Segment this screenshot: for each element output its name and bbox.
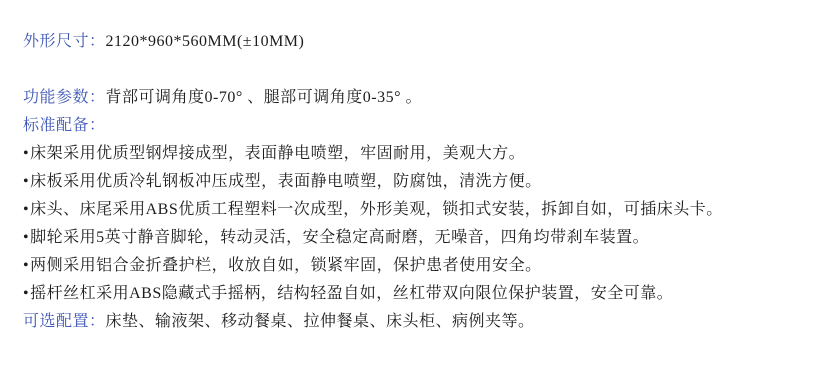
functions-value: 背部可调角度0-70° 、腿部可调角度0-35° 。 (106, 89, 422, 106)
bullet-marker: • (23, 229, 29, 246)
standard-item-text: 床板采用优质冷轧钢板冲压成型，表面静电喷塑，防腐蚀，清洗方便。 (30, 173, 542, 190)
standard-item-headboard: •床头、床尾采用ABS优质工程塑料一次成型，外形美观，锁扣式安装，拆卸自如，可插… (23, 196, 830, 224)
bullet-marker: • (23, 257, 29, 274)
standard-item-text: 两侧采用铝合金折叠护栏，收放自如，锁紧牢固，保护患者使用安全。 (30, 257, 542, 274)
dimensions-value: 2120*960*560MM(±10MM) (106, 33, 305, 50)
functions-label: 功能参数： (23, 89, 106, 106)
standard-item-text: 床头、床尾采用ABS优质工程塑料一次成型，外形美观，锁扣式安装，拆卸自如，可插床… (30, 201, 723, 218)
product-spec-document: 外形尺寸：2120*960*560MM(±10MM) 功能参数：背部可调角度0-… (0, 0, 838, 336)
bullet-marker: • (23, 285, 29, 302)
standard-item-bedboard: •床板采用优质冷轧钢板冲压成型，表面静电喷塑，防腐蚀，清洗方便。 (23, 168, 830, 196)
optional-config-value: 床垫、输液架、移动餐桌、拉伸餐桌、床头柜、病例夹等。 (106, 313, 535, 330)
standard-item-text: 脚轮采用5英寸静音脚轮，转动灵活，安全稳定高耐磨，无噪音，四角均带刹车装置。 (30, 229, 649, 246)
dimensions-label: 外形尺寸： (23, 33, 106, 50)
blank-line (23, 56, 830, 84)
standard-config-heading: 标准配备： (23, 112, 830, 140)
dimensions-line: 外形尺寸：2120*960*560MM(±10MM) (23, 28, 830, 56)
bullet-marker: • (23, 173, 29, 190)
bullet-marker: • (23, 201, 29, 218)
standard-item-siderails: •两侧采用铝合金折叠护栏，收放自如，锁紧牢固，保护患者使用安全。 (23, 252, 830, 280)
standard-item-text: 摇杆丝杠采用ABS隐藏式手摇柄，结构轻盈自如，丝杠带双向限位保护装置，安全可靠。 (30, 285, 673, 302)
standard-item-text: 床架采用优质型钢焊接成型，表面静电喷塑，牢固耐用，美观大方。 (30, 145, 525, 162)
optional-config-label: 可选配置： (23, 313, 106, 330)
functions-line: 功能参数：背部可调角度0-70° 、腿部可调角度0-35° 。 (23, 84, 830, 112)
optional-config-line: 可选配置：床垫、输液架、移动餐桌、拉伸餐桌、床头柜、病例夹等。 (23, 308, 830, 336)
standard-item-frame: •床架采用优质型钢焊接成型，表面静电喷塑，牢固耐用，美观大方。 (23, 140, 830, 168)
standard-item-casters: •脚轮采用5英寸静音脚轮，转动灵活，安全稳定高耐磨，无噪音，四角均带刹车装置。 (23, 224, 830, 252)
bullet-marker: • (23, 145, 29, 162)
standard-item-crank: •摇杆丝杠采用ABS隐藏式手摇柄，结构轻盈自如，丝杠带双向限位保护装置，安全可靠… (23, 280, 830, 308)
standard-config-label: 标准配备： (23, 117, 106, 134)
